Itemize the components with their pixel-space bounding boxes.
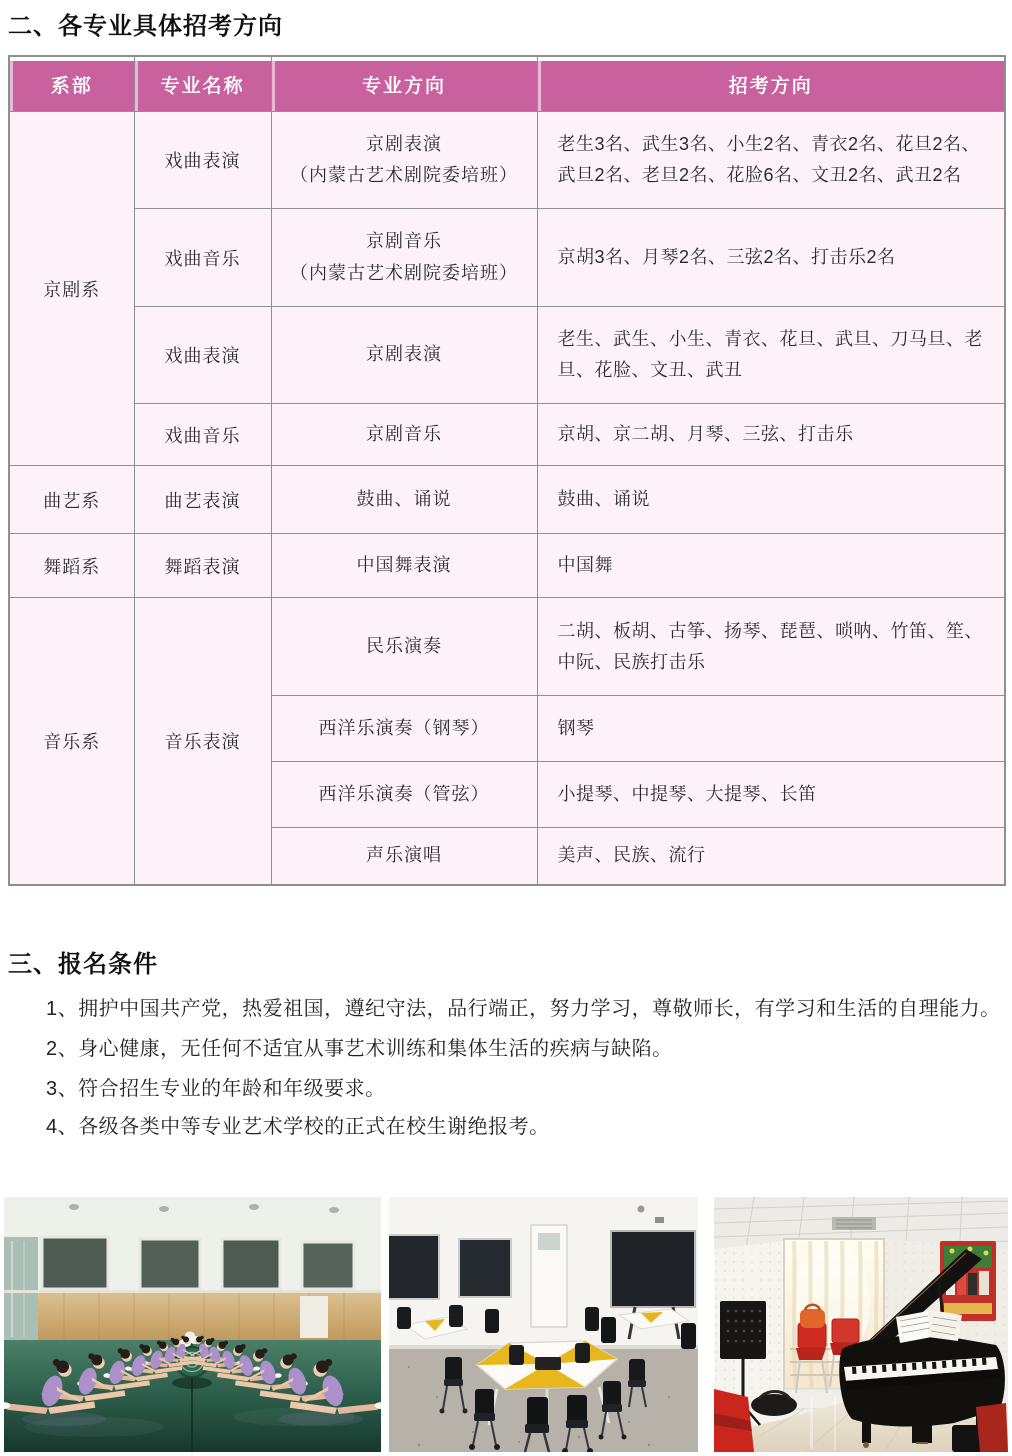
cell-direction: 中国舞表演: [271, 534, 537, 598]
cell-department: 音乐系: [9, 598, 134, 885]
sheet-music: [928, 1310, 962, 1341]
cell-department: 京剧系: [9, 112, 134, 466]
cell-major: 舞蹈表演: [134, 534, 271, 598]
direction-line: （内蒙古艺术剧院委培班）: [273, 258, 536, 290]
cell-direction: 鼓曲、诵说: [271, 466, 537, 534]
piano-room-photo: [714, 1197, 1008, 1452]
cell-major: 音乐表演: [134, 598, 271, 885]
direction-line: 京剧表演: [273, 129, 536, 161]
table-row: 舞蹈系 舞蹈表演 中国舞表演 中国舞: [9, 534, 1005, 598]
cell-admission: 老生3名、武生3名、小生2名、青衣2名、花旦2名、武旦2名、老旦2名、花脸6名、…: [537, 112, 1005, 209]
condition-item: 1、拥护中国共产党，热爱祖国，遵纪守法，品行端正，努力学习，尊敬师长，有学习和生…: [46, 996, 1001, 1023]
col-header-major-direction: 专业方向: [271, 56, 537, 112]
cell-department: 曲艺系: [9, 466, 134, 534]
table-header-row: 系部 专业名称 专业方向 招考方向: [9, 56, 1005, 112]
door: [531, 1225, 567, 1327]
cell-admission: 京胡、京二胡、月琴、三弦、打击乐: [537, 404, 1005, 466]
direction-line: （内蒙古艺术剧院委培班）: [273, 160, 536, 192]
cell-major: 戏曲音乐: [134, 209, 271, 307]
direction-line: 京剧音乐: [273, 226, 536, 258]
direction-line: 声乐演唱: [273, 840, 536, 872]
cell-direction: 京剧表演 （内蒙古艺术剧院委培班）: [271, 112, 537, 209]
direction-line: 民乐演奏: [273, 631, 536, 663]
cell-direction: 声乐演唱: [271, 828, 537, 885]
direction-line: 西洋乐演奏（管弦）: [273, 779, 536, 811]
col-header-admission-direction: 招考方向: [537, 56, 1005, 112]
cell-admission: 中国舞: [537, 534, 1005, 598]
cell-department: 舞蹈系: [9, 534, 134, 598]
cell-major: 戏曲表演: [134, 112, 271, 209]
cell-admission: 老生、武生、小生、青衣、花旦、武旦、刀马旦、老旦、花脸、文丑、武丑: [537, 307, 1005, 404]
direction-line: 西洋乐演奏（钢琴）: [273, 713, 536, 745]
dance-studio-photo: [4, 1197, 381, 1452]
classroom-photo: [389, 1197, 698, 1452]
door: [300, 1296, 328, 1338]
table-row: 音乐系 音乐表演 民乐演奏 二胡、板胡、古筝、扬琴、琵琶、唢呐、竹笛、笙、中阮、…: [9, 598, 1005, 696]
cell-admission: 京胡3名、月琴2名、三弦2名、打击乐2名: [537, 209, 1005, 307]
cell-direction: 西洋乐演奏（钢琴）: [271, 696, 537, 762]
mirror-wall: [4, 1237, 38, 1341]
direction-line: 京剧音乐: [273, 419, 536, 451]
table-row: 戏曲表演 京剧表演 老生、武生、小生、青衣、花旦、武旦、刀马旦、老旦、花脸、文丑…: [9, 307, 1005, 404]
section-majors-title: 二、各专业具体招考方向: [8, 6, 283, 41]
ceiling-camera: [638, 1206, 645, 1213]
cell-direction: 京剧音乐 （内蒙古艺术剧院委培班）: [271, 209, 537, 307]
cell-direction: 西洋乐演奏（管弦）: [271, 762, 537, 828]
table-row: 戏曲音乐 京剧音乐 京胡、京二胡、月琴、三弦、打击乐: [9, 404, 1005, 466]
cell-admission: 美声、民族、流行: [537, 828, 1005, 885]
wood-paneling: [38, 1293, 381, 1340]
cell-major: 戏曲音乐: [134, 404, 271, 466]
cell-direction: 京剧表演: [271, 307, 537, 404]
section-conditions-title: 三、报名条件: [8, 944, 158, 979]
table-row: 戏曲音乐 京剧音乐 （内蒙古艺术剧院委培班） 京胡3名、月琴2名、三弦2名、打击…: [9, 209, 1005, 307]
page: 二、各专业具体招考方向 系部 专业名称 专业方向 招考方向 京剧系 戏曲表演 京…: [0, 0, 1012, 1456]
orange-bag: [800, 1309, 825, 1328]
cell-direction: 民乐演奏: [271, 598, 537, 696]
col-header-department: 系部: [9, 56, 134, 112]
direction-line: 京剧表演: [273, 339, 536, 371]
table-row: 曲艺系 曲艺表演 鼓曲、诵说 鼓曲、诵说: [9, 466, 1005, 534]
cell-admission: 钢琴: [537, 696, 1005, 762]
cell-admission: 小提琴、中提琴、大提琴、长笛: [537, 762, 1005, 828]
cell-major: 戏曲表演: [134, 307, 271, 404]
majors-table: 系部 专业名称 专业方向 招考方向 京剧系 戏曲表演 京剧表演 （内蒙古艺术剧院…: [8, 55, 1006, 886]
condition-item: 2、身心健康，无任何不适宜从事艺术训练和集体生活的疾病与缺陷。: [46, 1036, 1001, 1063]
cell-direction: 京剧音乐: [271, 404, 537, 466]
direction-line: 中国舞表演: [273, 550, 536, 582]
cell-admission: 二胡、板胡、古筝、扬琴、琵琶、唢呐、竹笛、笙、中阮、民族打击乐: [537, 598, 1005, 696]
table-row: 京剧系 戏曲表演 京剧表演 （内蒙古艺术剧院委培班） 老生3名、武生3名、小生2…: [9, 112, 1005, 209]
col-header-major-name: 专业名称: [134, 56, 271, 112]
direction-line: 鼓曲、诵说: [273, 484, 536, 516]
windows: [42, 1237, 354, 1289]
cell-admission: 鼓曲、诵说: [537, 466, 1005, 534]
red-cloth: [976, 1403, 1008, 1452]
condition-item: 3、符合招生专业的年龄和年级要求。: [46, 1076, 1001, 1103]
condition-item: 4、各级各类中等专业艺术学校的正式在校生谢绝报考。: [46, 1114, 1001, 1141]
cell-major: 曲艺表演: [134, 466, 271, 534]
